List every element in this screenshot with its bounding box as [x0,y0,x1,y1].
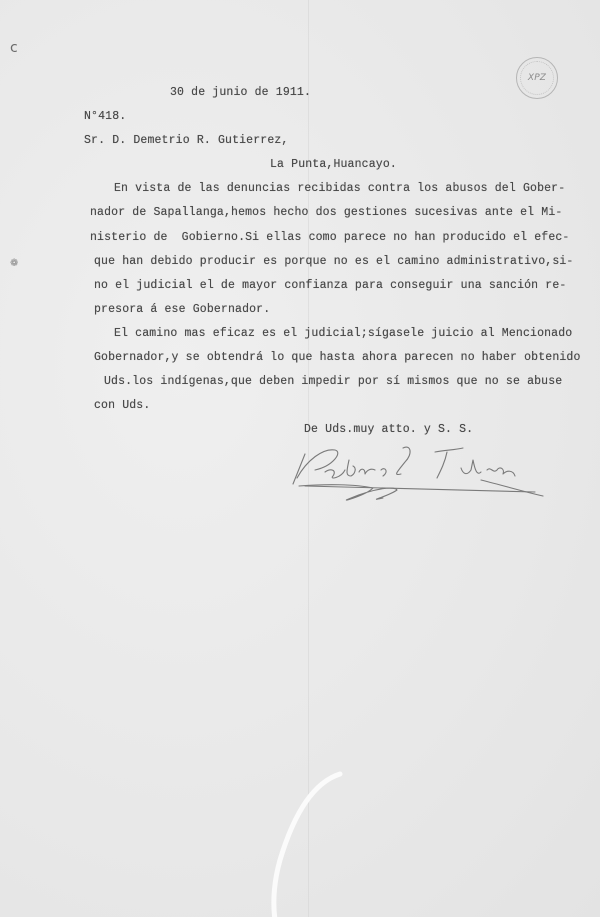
closing-salutation: De Uds.muy atto. y S. S. [304,423,473,437]
letter-page: c ❁ XPZ 30 de junio de 1911. N°418. Sr. … [0,0,600,917]
margin-smudge-icon: ❁ [10,258,19,269]
recipient-location: La Punta,Huancayo. [270,158,397,172]
letter-date: 30 de junio de 1911. [170,86,311,100]
body-line: presora á ese Gobernador. [94,303,270,317]
handwritten-signature: Pedro S. Zulen [285,440,555,510]
body-line: Uds.los indígenas,que deben impedir por … [104,375,562,389]
body-line: que han debido producir es porque no es … [94,255,573,269]
recipient-name: Sr. D. Demetrio R. Gutierrez, [84,134,288,148]
body-line: nisterio de Gobierno.Si ellas como parec… [90,231,569,245]
margin-mark-c: c [10,40,18,56]
body-line: nador de Sapallanga,hemos hecho dos gest… [90,206,562,220]
body-line: con Uds. [94,399,150,413]
paper-tear [255,770,375,917]
stamp-ring [520,61,554,95]
body-line: En vista de las denuncias recibidas cont… [114,182,565,196]
body-line: Gobernador,y se obtendrá lo que hasta ah… [94,351,581,365]
body-line: no el judicial el de mayor confianza par… [94,279,566,293]
archive-stamp: XPZ [516,57,558,99]
body-line: El camino mas eficaz es el judicial;síga… [114,327,572,341]
reference-number: N°418. [84,110,126,124]
